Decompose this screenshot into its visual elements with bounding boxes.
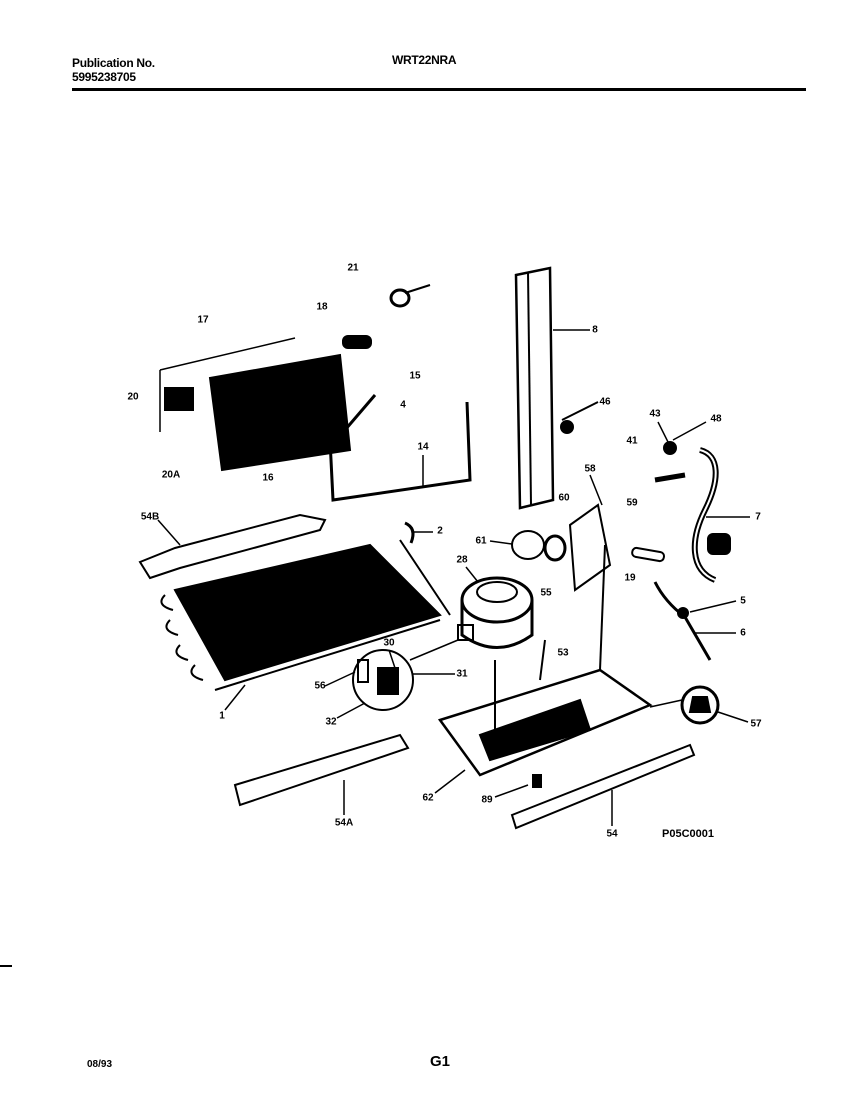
- callout-c46: 46: [599, 397, 610, 408]
- scan-edge-mark: [0, 965, 12, 967]
- callout-c53: 53: [557, 648, 568, 659]
- callout-c54a: 54A: [335, 818, 353, 829]
- callout-c8: 8: [592, 325, 598, 336]
- callout-c6: 6: [740, 628, 746, 639]
- callout-c60: 60: [558, 493, 569, 504]
- callout-c54b: 54B: [141, 512, 159, 523]
- callout-c5: 5: [740, 596, 746, 607]
- callout-c16: 16: [262, 473, 273, 484]
- callout-c58: 58: [584, 464, 595, 475]
- callout-c17: 17: [197, 315, 208, 326]
- grommet-part: [343, 336, 371, 348]
- callout-c43: 43: [649, 409, 660, 420]
- callout-c31: 31: [456, 669, 467, 680]
- callout-c18: 18: [316, 302, 327, 313]
- page-number: G1: [430, 1053, 450, 1070]
- callout-c56: 56: [314, 681, 325, 692]
- callout-c19: 19: [624, 573, 635, 584]
- callout-c59: 59: [626, 498, 637, 509]
- callout-c7: 7: [755, 512, 761, 523]
- callout-c30: 30: [383, 638, 394, 649]
- evaporator-coil: [160, 338, 350, 470]
- callout-c61: 61: [475, 536, 486, 547]
- callout-c20a: 20A: [162, 470, 180, 481]
- callout-c41: 41: [626, 436, 637, 447]
- condenser-coil: [161, 540, 450, 690]
- callout-c54: 54: [606, 829, 617, 840]
- base-pan: [440, 545, 650, 775]
- callout-c57: 57: [750, 719, 761, 730]
- callout-c20: 20: [127, 392, 138, 403]
- callout-c55: 55: [540, 588, 551, 599]
- callout-c89: 89: [481, 795, 492, 806]
- callout-c4: 4: [400, 400, 406, 411]
- callout-c21: 21: [347, 263, 358, 274]
- vertical-channel: [516, 268, 590, 508]
- compressor: [458, 578, 532, 648]
- callout-c2: 2: [437, 526, 443, 537]
- callout-c1: 1: [219, 711, 225, 722]
- callout-c62: 62: [422, 793, 433, 804]
- callout-c28: 28: [456, 555, 467, 566]
- callout-c48: 48: [710, 414, 721, 425]
- callout-c32: 32: [325, 717, 336, 728]
- footer-date: 08/93: [87, 1059, 112, 1070]
- callout-c14: 14: [417, 442, 428, 453]
- drawing-code: P05C0001: [662, 828, 714, 840]
- callout-c15: 15: [409, 371, 420, 382]
- exploded-parts-diagram: [0, 0, 864, 1098]
